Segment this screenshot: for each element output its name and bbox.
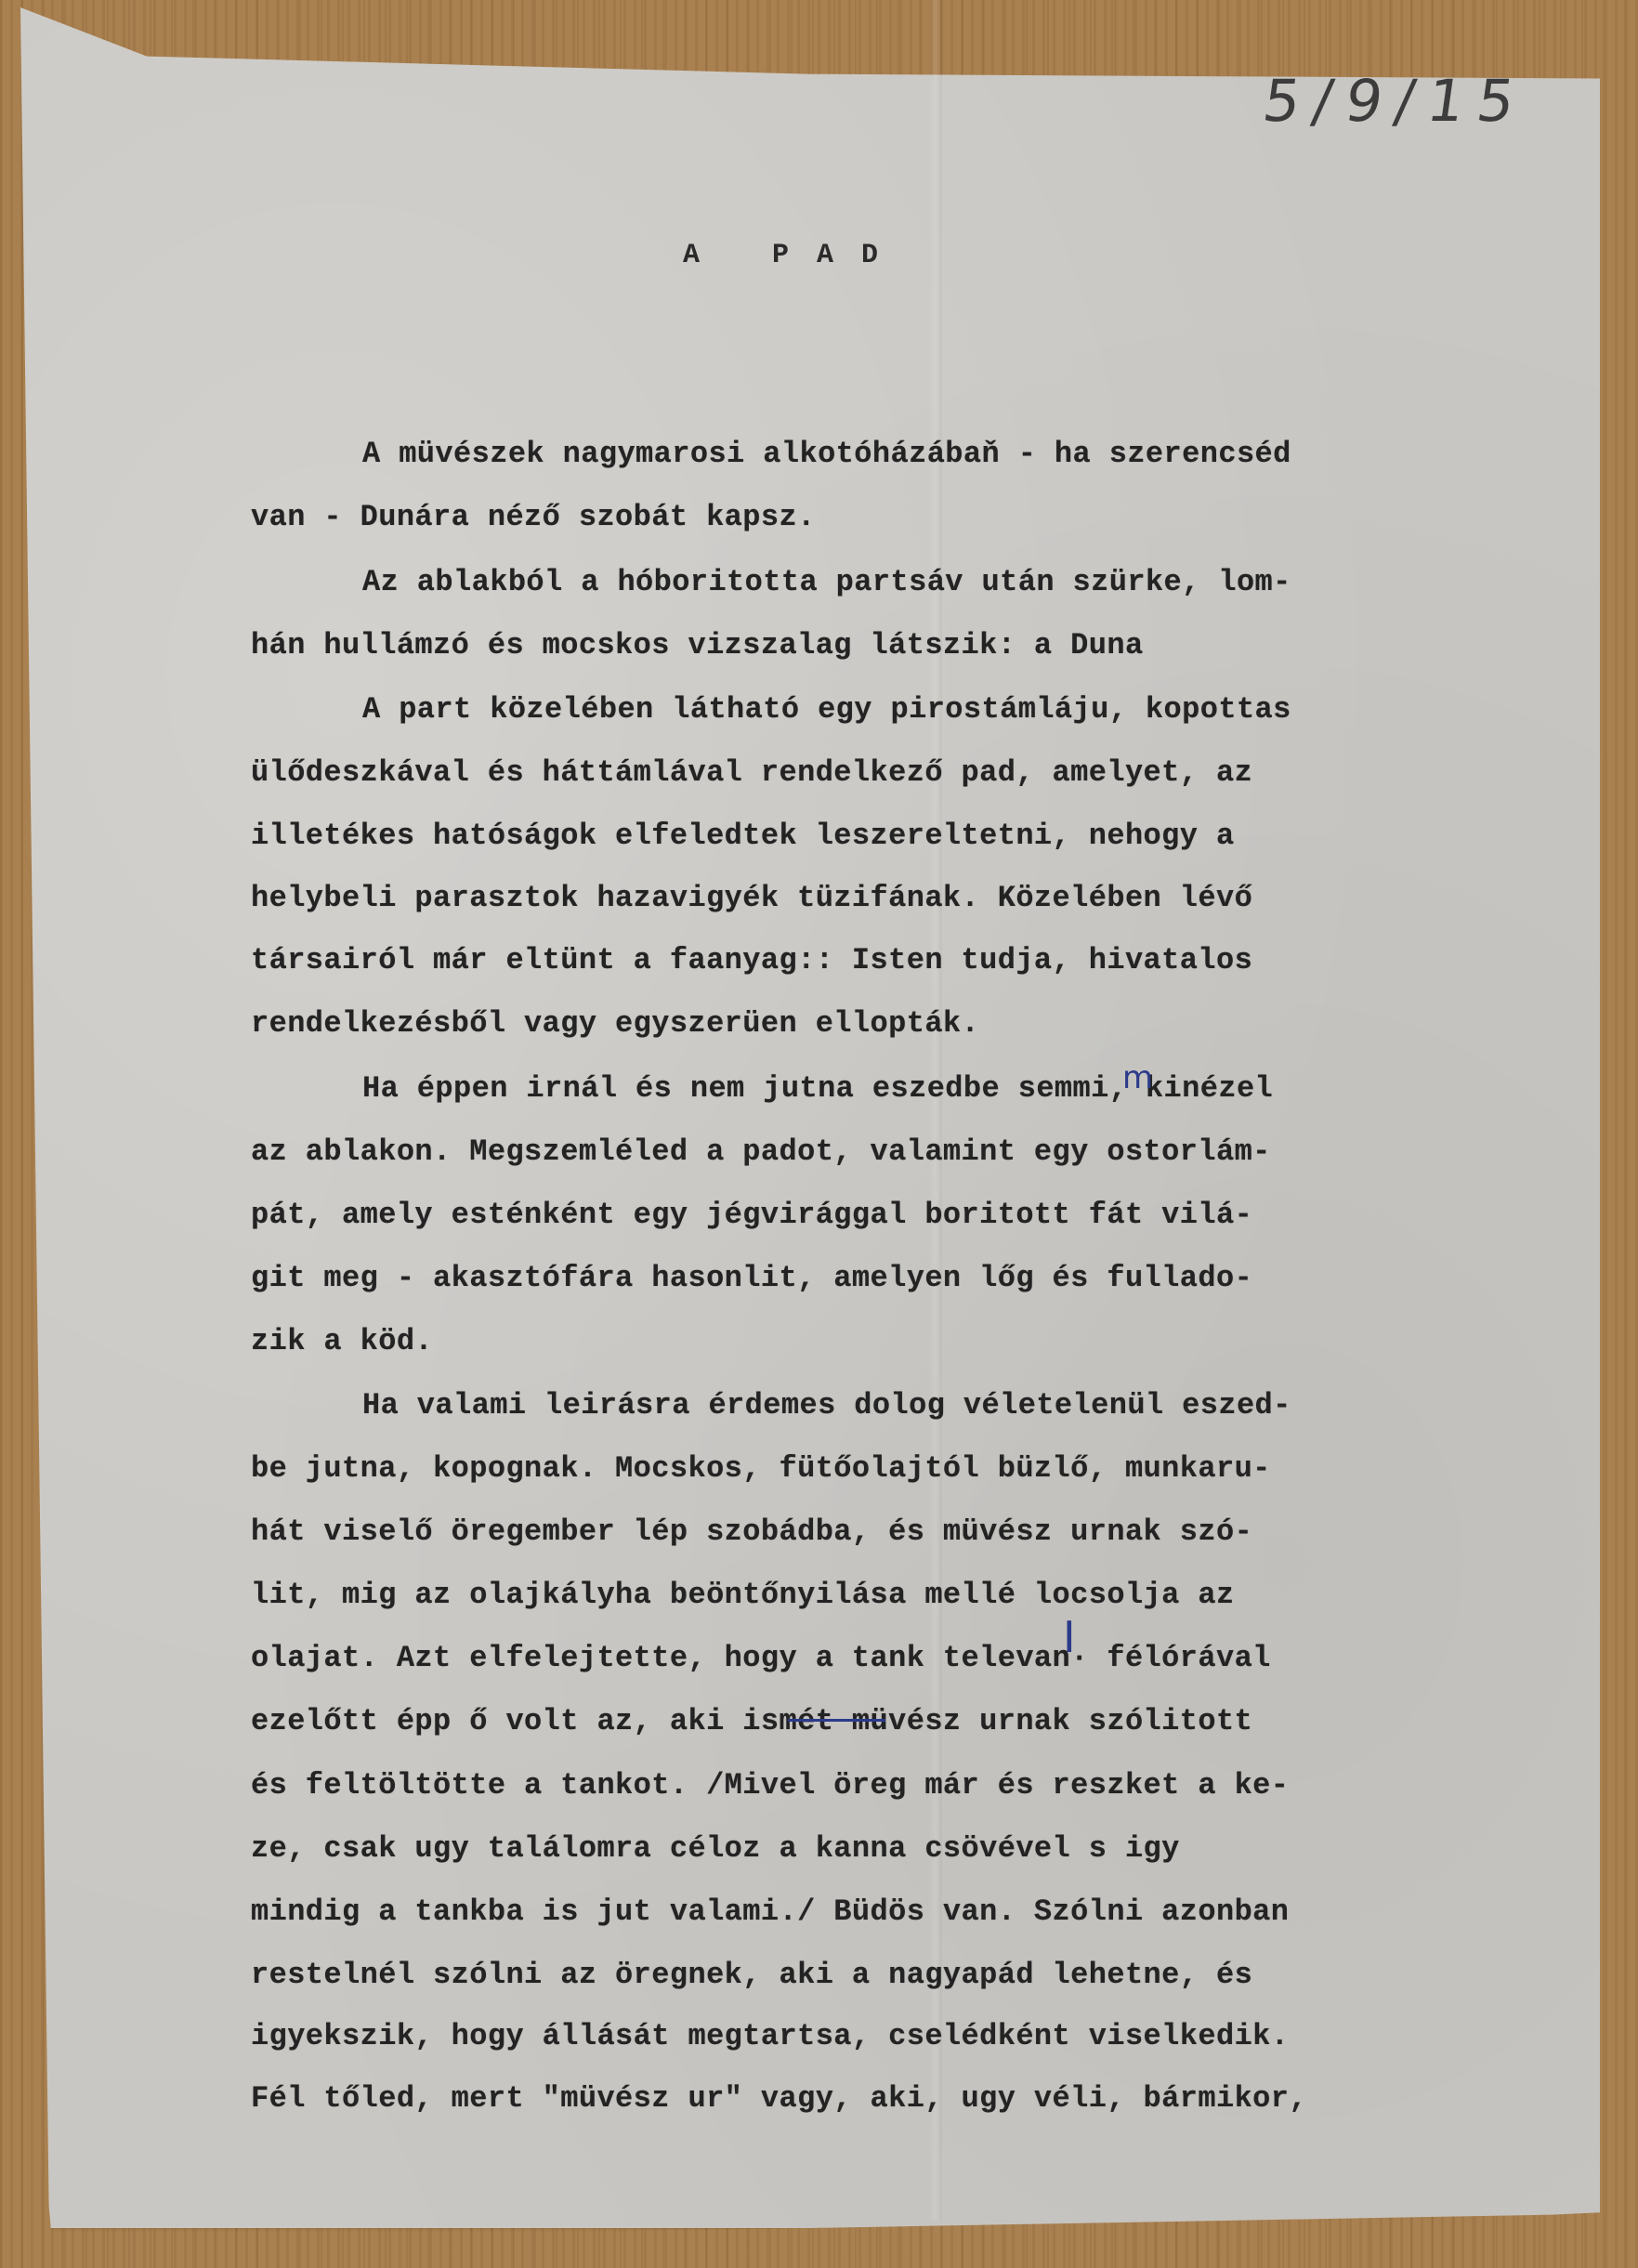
text-line: van - Dunára néző szobát kapsz.	[251, 500, 816, 534]
ink-separation-mark: I	[1063, 1612, 1076, 1662]
text-line: hán hullámzó és mocskos vizszalag látszi…	[251, 628, 1144, 662]
text-line: be jutna, kopognak. Mocskos, fütőolajtól…	[251, 1451, 1271, 1486]
text-line: helybeli parasztok hazavigyék tüzifának.…	[251, 881, 1252, 915]
text-line: git meg - akasztófára hasonlit, amelyen …	[251, 1261, 1252, 1295]
text-line: társairól már eltünt a faanyag:: Isten t…	[251, 943, 1252, 977]
text-line: ze, csak ugy találomra céloz a kanna csö…	[251, 1831, 1180, 1866]
text-line: A müvészek nagymarosi alkotóházábaň - ha…	[362, 437, 1291, 471]
handwritten-page-annotation: 5/9/15	[1259, 67, 1532, 135]
text-line: Ha valami leirásra érdemes dolog véletel…	[362, 1388, 1291, 1422]
text-line: ezelőtt épp ő volt az, aki ismét müvész …	[251, 1704, 1252, 1738]
text-line: olajat. Azt elfelejtette, hogy a tank te…	[251, 1641, 1271, 1675]
text-line: és feltöltötte a tankot. /Mivel öreg már…	[251, 1768, 1289, 1803]
text-line: igyekszik, hogy állását megtartsa, cselé…	[251, 2019, 1289, 2053]
paper-fold	[929, 0, 942, 2221]
text-line: illetékes hatóságok elfeledtek leszerelt…	[251, 819, 1235, 853]
text-line: mindig a tankba is jut valami./ Büdös va…	[251, 1894, 1289, 1929]
text-line: rendelkezésből vagy egyszerüen ellopták.	[251, 1006, 979, 1041]
text-line: pát, amely esténként egy jégvirággal bor…	[251, 1198, 1252, 1232]
text-line: az ablakon. Megszemléled a padot, valami…	[251, 1134, 1271, 1169]
text-line: restelnél szólni az öregnek, aki a nagya…	[251, 1958, 1252, 1992]
text-line: Az ablakból a hóboritotta partsáv után s…	[362, 565, 1291, 599]
ink-insertion-mark: m	[1122, 1059, 1153, 1096]
text-line: Fél tőled, mert "müvész ur" vagy, aki, u…	[251, 2081, 1307, 2116]
text-line: ülődeszkával és háttámlával rendelkező p…	[251, 755, 1252, 790]
ink-strikethrough	[788, 1719, 885, 1722]
text-line: A part közelében látható egy pirostámláj…	[362, 692, 1291, 727]
document-title: A PAD	[683, 240, 906, 271]
text-line: hát viselő öregember lép szobádba, és mü…	[251, 1514, 1252, 1549]
text-line: zik a köd.	[251, 1324, 433, 1358]
text-line: lit, mig az olajkályha beöntőnyilása mel…	[251, 1578, 1235, 1612]
